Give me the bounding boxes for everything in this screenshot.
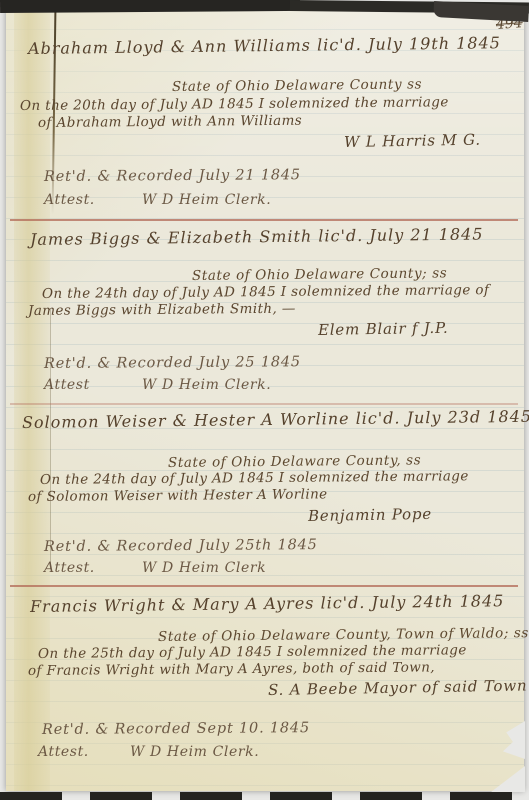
ledger-page: 494 Abraham Lloyd & Ann Williams lic'd. … (6, 9, 524, 791)
entry-header-line: Francis Wright & Mary A Ayres lic'd. Jul… (30, 591, 505, 616)
bottom-right-corner-cut (491, 766, 525, 792)
clerk-signature: W D Heim Clerk (142, 560, 266, 576)
venue-line: State of Ohio Delaware County, Town of W… (158, 625, 529, 645)
solemnization-line-2: James Biggs with Elizabeth Smith, — (28, 301, 296, 319)
officiant-signature: Elem Blair f J.P. (318, 319, 449, 339)
solemnization-line-1: On the 20th day of July AD 1845 I solemn… (20, 94, 449, 114)
attest-label: Attest. (44, 560, 95, 576)
solemnization-line-1: On the 24th day of July AD 1845 I solemn… (42, 282, 489, 302)
clerk-signature: W D Heim Clerk. (130, 744, 259, 760)
recorded-line: Ret'd. & Recorded July 25 1845 (44, 354, 301, 372)
entry-header-line: Abraham Lloyd & Ann Williams lic'd. July… (28, 33, 501, 58)
recorded-line: Ret'd. & Recorded July 21 1845 (44, 167, 301, 185)
clerk-signature: W D Heim Clerk. (142, 192, 271, 208)
venue-line: State of Ohio Delaware County ss (172, 76, 422, 95)
venue-line: State of Ohio Delaware County; ss (192, 265, 447, 284)
ledger-photo: 494 Abraham Lloyd & Ann Williams lic'd. … (0, 0, 529, 800)
attest-label: Attest. (44, 192, 95, 208)
solemnization-line-2: of Solomon Weiser with Hester A Worline (28, 486, 328, 505)
officiant-signature: W L Harris M G. (344, 131, 481, 151)
recorded-line: Ret'd. & Recorded July 25th 1845 (44, 537, 318, 555)
entry-header-line: James Biggs & Elizabeth Smith lic'd. Jul… (30, 224, 484, 249)
solemnization-line-1: On the 24th day of July AD 1845 I solemn… (40, 468, 469, 488)
attest-label: Attest (44, 377, 90, 393)
page-crack-line-lower (50, 309, 51, 569)
torn-edge-notch (503, 721, 525, 759)
officiant-signature: Benjamin Pope (308, 505, 432, 525)
attest-label: Attest. (38, 744, 89, 760)
red-divider (10, 219, 518, 221)
entry-header-line: Solomon Weiser & Hester A Worline lic'd.… (22, 407, 529, 432)
solemnization-line-2: of Abraham Lloyd with Ann Williams (38, 113, 302, 131)
officiant-signature: S. A Beebe Mayor of said Town (268, 676, 528, 699)
clerk-signature: W D Heim Clerk. (142, 377, 271, 393)
book-binding-top (0, 0, 300, 13)
solemnization-line-2: of Francis Wright with Mary A Ayres, bot… (28, 659, 435, 679)
red-divider (10, 585, 518, 587)
red-divider (10, 403, 518, 405)
page-bottom-edges (0, 792, 529, 800)
recorded-line: Ret'd. & Recorded Sept 10. 1845 (42, 720, 310, 738)
